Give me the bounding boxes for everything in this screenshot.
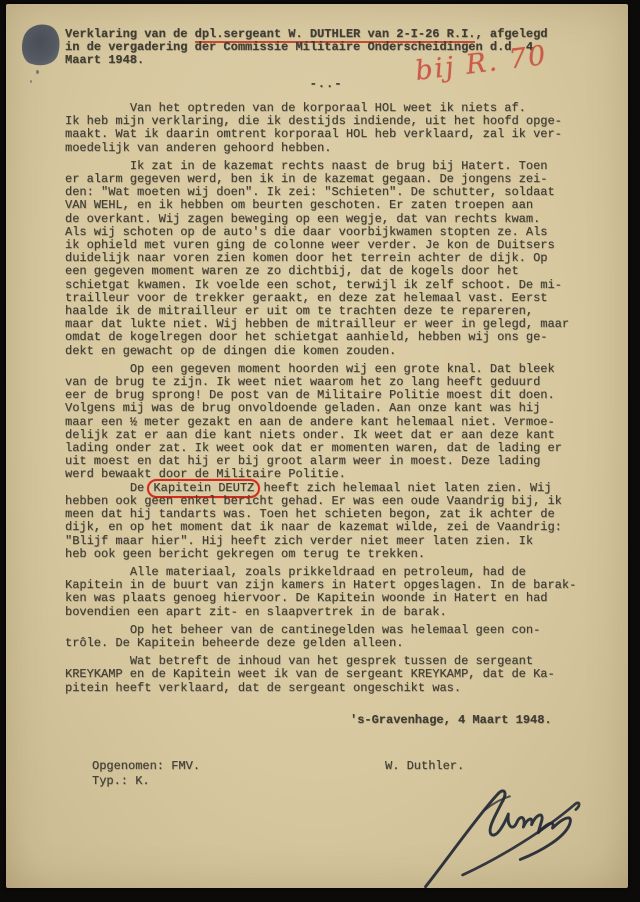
typed-signature-name: W. Duthler. [385,760,464,773]
scanned-document-photo: Verklaring van de dpl.sergeant W. DUTHLE… [0,0,640,902]
document-body: Van het optreden van de korporaal HOL we… [65,102,589,695]
paragraph: Op het beheer van de cantinegelden was h… [65,624,589,650]
title-text: , afgelegd [475,27,547,41]
paper-sheet: Verklaring van de dpl.sergeant W. DUTHLE… [6,4,628,888]
place-and-date: 's-Gravenhage, 4 Maart 1948. [350,714,552,727]
paragraph-rest: hebben ook geen enkel bericht gehad. Er … [65,495,589,561]
handwritten-signature [414,781,598,891]
paragraph: Van het optreden van de korporaal HOL we… [65,102,589,155]
paragraph: Alle materiaal, zoals prikkeldraad en pe… [65,566,589,619]
recorded-by-line: Opgenomen: FMV. [92,760,200,773]
title-line3: Maart 1948. [65,53,144,67]
paragraph: Op een gegeven moment hoorden wij een gr… [65,363,589,482]
paragraph: De Kapitein DEUTZ heeft zich helemaal ni… [65,482,589,561]
ink-stain [16,19,65,71]
line-text: heeft zich helemaal niet laten zien. Wij [256,481,551,495]
dash-separator: -..- [65,78,587,91]
title-text: Verklaring van de [65,27,195,41]
ink-speck [30,80,32,83]
ink-speck [36,70,39,74]
typist-line: Typ.: K. [92,775,150,788]
line-text: De [65,481,151,495]
paragraph-first-line: De Kapitein DEUTZ heeft zich helemaal ni… [65,482,589,495]
paragraph: Ik zat in de kazemat rechts naast de bru… [65,160,589,358]
paragraph: Wat betreft de inhoud van het gesprek tu… [65,655,589,695]
